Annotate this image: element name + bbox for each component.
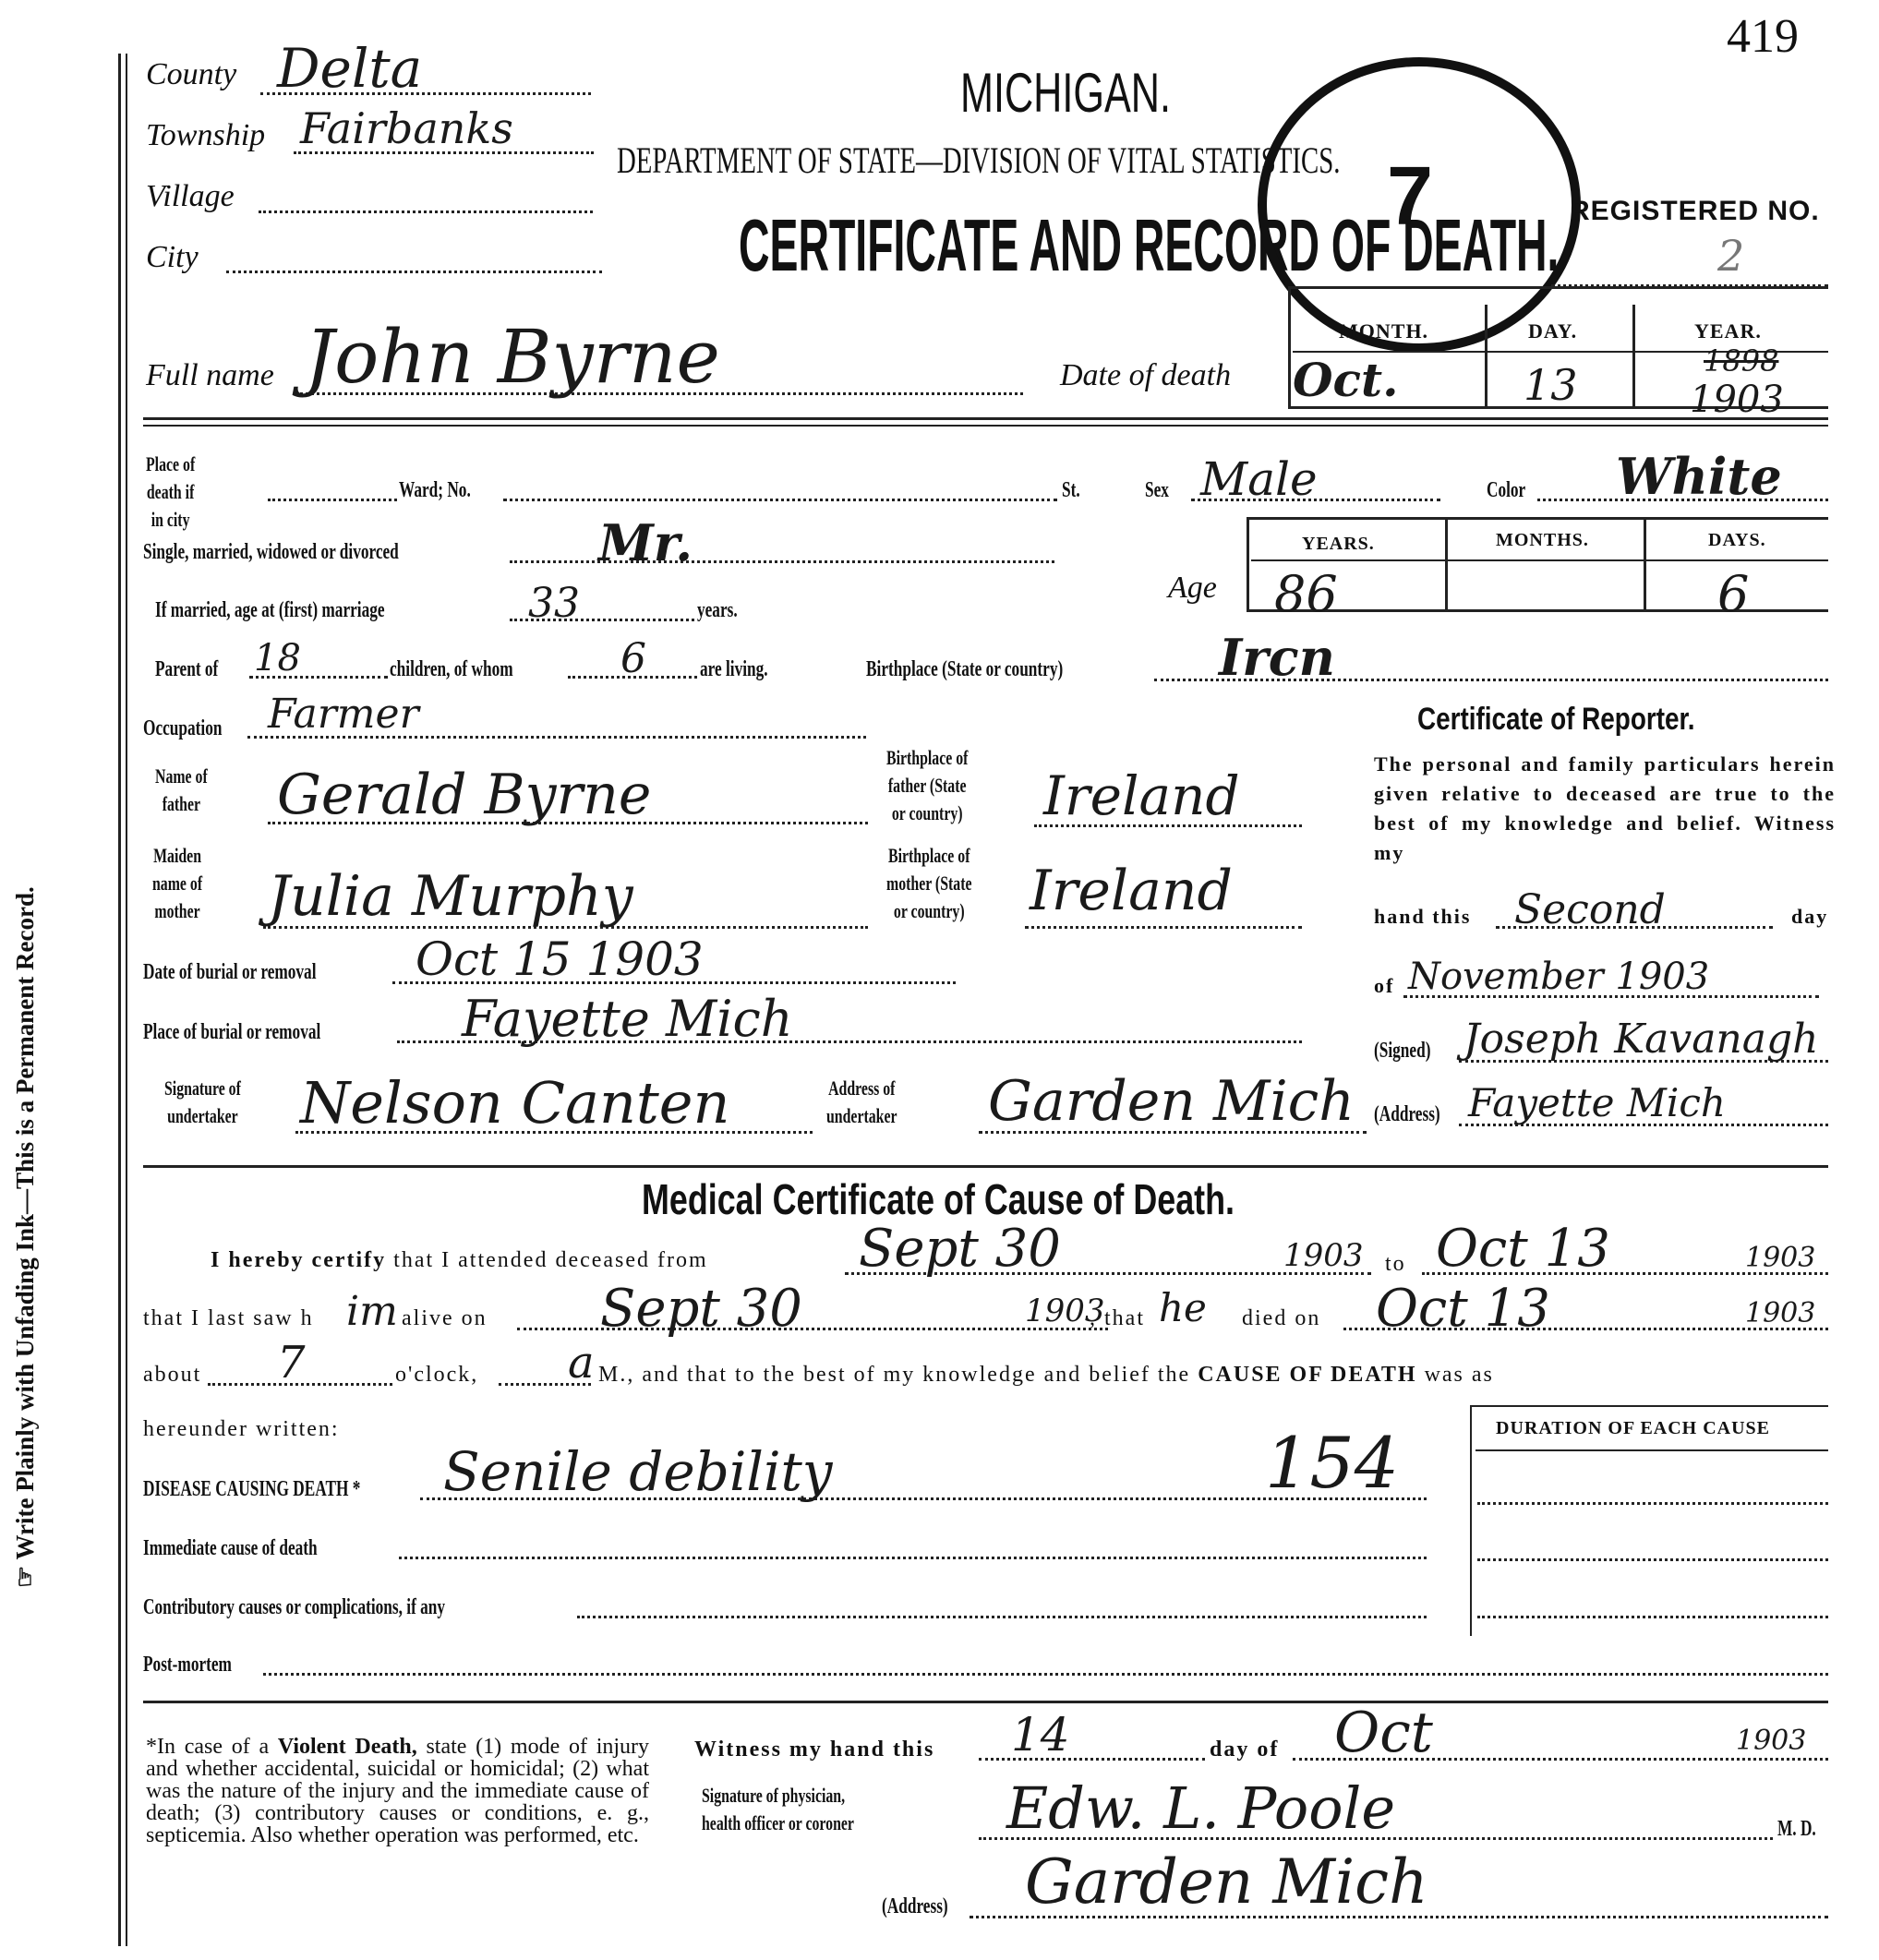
undertaker-sig-brace-label: Signature of undertaker: [164, 1075, 271, 1130]
reporter-hand-label: hand this: [1374, 905, 1471, 929]
place-of-death-brace-label: Place of death if in city: [146, 451, 214, 534]
duration-header-rule: [1475, 1449, 1828, 1451]
physician-sig-brace-label: Signature of physician, health officer o…: [702, 1782, 913, 1837]
parent-of-value: 18: [254, 637, 301, 679]
date-of-death-label: Date of death: [1060, 358, 1231, 393]
village-label: Village: [146, 179, 235, 214]
certify-line: I hereby certify that I attended decease…: [211, 1248, 708, 1273]
living-value: 6: [620, 635, 646, 682]
marital-field[interactable]: [510, 560, 1054, 563]
county-label: County: [146, 57, 236, 92]
that-label: , that: [1090, 1306, 1145, 1331]
section-rule-1b: [143, 425, 1828, 427]
undertaker-addr-value: Garden Mich: [988, 1069, 1355, 1134]
place-label-line-2: death if: [146, 478, 195, 506]
immediate-cause-label: Immediate cause of death: [143, 1536, 318, 1561]
death-year-value[interactable]: 1903: [1690, 379, 1784, 421]
date-header-year: YEAR.: [1694, 319, 1762, 343]
postmortem-label: Post-mortem: [143, 1653, 232, 1677]
age-table-div1: [1445, 517, 1448, 609]
duration-row-1[interactable]: [1477, 1502, 1828, 1505]
father-name-value: Gerald Byrne: [277, 763, 651, 827]
department-heading: DEPARTMENT OF STATE—DIVISION OF VITAL ST…: [617, 138, 1340, 182]
reporter-of-value: November 1903: [1408, 956, 1709, 998]
date-table-top: [1288, 286, 1828, 289]
death-month-value[interactable]: Oct.: [1293, 353, 1399, 407]
reporter-title: Certificate of Reporter.: [1417, 702, 1695, 738]
age-table-div2: [1644, 517, 1646, 609]
registered-no-label: REGISTERED NO.: [1570, 196, 1820, 227]
certify-bold: I hereby certify: [211, 1248, 386, 1272]
disease-label: DISEASE CAUSING DEATH *: [143, 1477, 360, 1502]
disease-value: Senile debility: [443, 1440, 833, 1503]
postmortem-field[interactable]: [263, 1673, 1828, 1676]
marital-value: Mr.: [598, 513, 693, 572]
occupation-value: Farmer: [268, 691, 419, 738]
marriage-age-label: If married, age at (first) marriage: [155, 598, 385, 623]
mother-bp-label-line-1: Birthplace of: [886, 842, 972, 870]
hereunder-label: hereunder written:: [143, 1417, 340, 1442]
ampm-value: a: [568, 1337, 595, 1389]
witness-day-value: 14: [1011, 1708, 1070, 1762]
burial-date-value: Oct 15 1903: [416, 932, 704, 986]
st-label: St.: [1062, 478, 1080, 503]
undertaker-sig-line-2: undertaker: [164, 1102, 241, 1130]
father-birthplace-value: Ireland: [1043, 764, 1240, 827]
age-header-days: DAYS.: [1708, 530, 1766, 551]
mother-bp-label-line-2: mother (State: [886, 870, 972, 897]
burial-place-value: Fayette Mich: [462, 990, 793, 1048]
died-on-label: died on: [1242, 1306, 1320, 1331]
cause-bold: CAUSE OF DEATH: [1198, 1363, 1416, 1387]
place-label-line-3: in city: [146, 506, 195, 534]
reporter-body: The personal and family particulars here…: [1374, 750, 1836, 870]
state-heading: MICHIGAN.: [960, 61, 1171, 125]
death-year-struck: 1898: [1704, 343, 1778, 379]
footnote-bold: Violent Death,: [278, 1735, 417, 1759]
occupation-label: Occupation: [143, 716, 222, 741]
date-table-left: [1288, 286, 1291, 406]
mother-label-line-1: Maiden: [152, 842, 202, 870]
attended-to-value: Oct 13: [1436, 1219, 1610, 1279]
mother-name-brace-label: Maiden name of mother: [152, 842, 222, 925]
attended-from-value: Sept 30: [859, 1219, 1061, 1279]
mother-birthplace-brace-label: Birthplace of mother (State or country): [886, 842, 1006, 925]
last-saw-label: that I last saw h: [143, 1306, 314, 1331]
father-bp-label-line-1: Birthplace of: [886, 744, 968, 772]
father-name-brace-label: Name of father: [155, 763, 228, 818]
violent-death-footnote: *In case of a Violent Death, state (1) m…: [146, 1736, 649, 1846]
age-header-months: MONTHS.: [1496, 530, 1589, 551]
date-table-div2: [1632, 305, 1635, 406]
color-value: White: [1616, 447, 1782, 506]
attended-to-year: 1903: [1745, 1242, 1815, 1274]
father-bp-label-line-3: or country): [886, 800, 968, 827]
living-label: are living.: [700, 657, 768, 682]
undertaker-addr-line-2: undertaker: [826, 1102, 897, 1130]
reporter-signed-label: (Signed): [1374, 1039, 1430, 1064]
father-label-line-1: Name of: [155, 763, 208, 790]
color-label: Color: [1487, 478, 1525, 503]
undertaker-sig-line-1: Signature of: [164, 1075, 241, 1102]
medical-title: Medical Certificate of Cause of Death.: [642, 1174, 1235, 1224]
children-label: children, of whom: [390, 657, 513, 682]
date-table-div1: [1485, 305, 1488, 406]
duration-header: DURATION OF EACH CAUSE: [1496, 1418, 1828, 1439]
age-label: Age: [1168, 571, 1217, 606]
physician-sig-value: Edw. L. Poole: [1006, 1774, 1395, 1842]
reporter-address-label: (Address): [1374, 1102, 1440, 1127]
witness-year-value: 1903: [1736, 1725, 1806, 1757]
burial-date-label: Date of burial or removal: [143, 960, 316, 985]
undertaker-sig-value: Nelson Canten: [300, 1069, 729, 1136]
died-on-year: 1903: [1745, 1297, 1815, 1329]
physician-sig-line-2: health officer or coroner: [702, 1810, 854, 1837]
reporter-day-suffix: day: [1791, 905, 1828, 929]
witness-label: Witness my hand this: [694, 1738, 934, 1762]
village-field[interactable]: [259, 210, 593, 213]
page-number: 419: [1727, 9, 1799, 64]
county-value: Delta: [277, 37, 422, 100]
reporter-of-label: of: [1374, 974, 1394, 998]
mother-label-line-3: mother: [152, 897, 202, 925]
immediate-cause-field[interactable]: [399, 1557, 1427, 1559]
township-label: Township: [146, 118, 265, 153]
physician-address-value: Garden Mich: [1025, 1846, 1428, 1918]
undertaker-addr-line-1: Address of: [826, 1075, 897, 1102]
contributory-field[interactable]: [577, 1616, 1427, 1618]
alive-on-value: Sept 30: [600, 1279, 802, 1339]
father-birthplace-brace-label: Birthplace of father (State or country): [886, 744, 1000, 827]
disease-code: 154: [1265, 1422, 1399, 1504]
to-label: to: [1385, 1252, 1406, 1277]
contributory-label: Contributory causes or complications, if…: [143, 1595, 445, 1620]
age-header-years: YEARS.: [1302, 534, 1375, 555]
oclock-label: o'clock,: [395, 1363, 478, 1388]
father-bp-label-line-2: father (State: [886, 772, 968, 800]
ward-label: Ward; No.: [399, 478, 471, 503]
reporter-signed-value: Joseph Kavanagh: [1463, 1016, 1819, 1063]
day-of-label: day of: [1210, 1738, 1279, 1762]
mother-name-value: Julia Murphy: [268, 864, 633, 929]
m-label: M., and that to the best of my knowledge…: [598, 1363, 1494, 1388]
witness-month-value: Oct: [1334, 1701, 1433, 1765]
parent-of-label: Parent of: [155, 657, 218, 682]
section-rule-3: [143, 1701, 1828, 1703]
duration-row-3[interactable]: [1477, 1616, 1828, 1618]
margin-note-text: ☞ Write Plainly with Unfading Ink—This i…: [11, 886, 39, 1588]
place-label-line-1: Place of: [146, 451, 195, 478]
md-label: M. D.: [1777, 1817, 1816, 1842]
stamp-center: 7: [1387, 150, 1433, 245]
last-saw-pronoun[interactable]: im: [346, 1288, 398, 1335]
ward-field[interactable]: [503, 499, 1057, 501]
left-border: [118, 54, 127, 1946]
full-name-value: John Byrne: [305, 314, 720, 400]
m-label-text: M., and that to the best of my knowledge…: [598, 1363, 1190, 1387]
registered-no-value: 2: [1717, 231, 1744, 281]
receipt-stamp: 7: [1258, 57, 1581, 353]
section-rule-2: [143, 1165, 1828, 1168]
marriage-age-suffix: years.: [697, 598, 738, 623]
mother-bp-label-line-3: or country): [886, 897, 972, 925]
marital-label: Single, married, widowed or divorced: [143, 540, 399, 565]
mother-birthplace-value: Ireland: [1030, 859, 1233, 923]
physician-address-label: (Address): [882, 1894, 948, 1919]
section-rule-1: [143, 417, 1828, 420]
died-on-value: Oct 13: [1376, 1279, 1550, 1339]
was-label: was as: [1425, 1363, 1494, 1387]
death-day-value[interactable]: 13: [1524, 360, 1578, 410]
attended-from-year: 1903: [1283, 1237, 1364, 1274]
burial-place-label: Place of burial or removal: [143, 1020, 320, 1045]
age-table-top: [1247, 517, 1828, 520]
reporter-hand-value: Second: [1514, 886, 1666, 933]
sex-label: Sex: [1145, 478, 1169, 503]
duration-box-left: [1470, 1405, 1472, 1636]
birthplace-label: Birthplace (State or country): [866, 657, 1063, 682]
alive-on-label: alive on: [402, 1306, 488, 1331]
physician-sig-line-1: Signature of physician,: [702, 1782, 854, 1810]
city-field[interactable]: [226, 271, 602, 273]
birthplace-value: Ircn: [1219, 628, 1335, 687]
age-years-value[interactable]: 86: [1274, 565, 1338, 623]
about-label: about: [143, 1363, 201, 1388]
mother-birthplace-field[interactable]: [1025, 926, 1302, 929]
sex-value: Male: [1200, 452, 1318, 506]
duration-row-2[interactable]: [1477, 1558, 1828, 1561]
age-table-left: [1247, 517, 1249, 609]
that-pronoun[interactable]: he: [1159, 1285, 1207, 1330]
township-value: Fairbanks: [300, 103, 513, 153]
margin-note: ☞ Write Plainly with Unfading Ink—This i…: [11, 388, 48, 1588]
full-name-label: Full name: [146, 358, 274, 393]
father-label-line-2: father: [155, 790, 208, 818]
mother-label-line-2: name of: [152, 870, 202, 897]
about-value: 7: [277, 1337, 306, 1389]
place-of-death-field[interactable]: [268, 499, 397, 501]
reporter-address-value: Fayette Mich: [1468, 1080, 1726, 1125]
date-header-month: MONTH.: [1339, 319, 1428, 343]
certify-text: that I attended deceased from: [393, 1248, 708, 1272]
footnote-star: *In case of a: [146, 1735, 278, 1759]
age-days-value[interactable]: 6: [1717, 565, 1749, 623]
city-label: City: [146, 240, 199, 275]
age-header-rule: [1251, 559, 1828, 561]
undertaker-addr-brace-label: Address of undertaker: [826, 1075, 924, 1130]
marriage-age-value: 33: [528, 580, 580, 627]
date-header-day: DAY.: [1528, 319, 1577, 343]
duration-box-top: [1470, 1405, 1828, 1407]
